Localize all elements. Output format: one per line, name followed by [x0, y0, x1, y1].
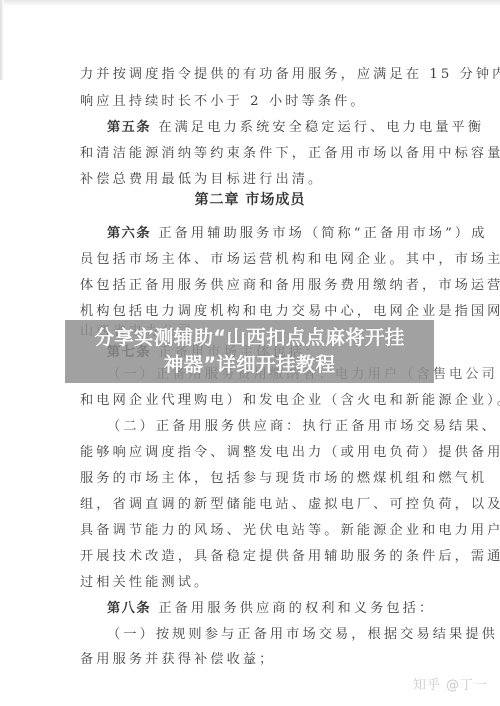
overlay-title-line-2: 神器”详细开挂教程 — [65, 351, 434, 378]
list-item: （一）按规则参与正备用市场交易，根据交易结果提供 — [107, 625, 428, 645]
text-line: 补偿总费用最低为目标进行出清。 — [80, 170, 428, 190]
text-line: 力并按调度指令提供的有功备用服务，应满足在 15 分钟内 — [80, 65, 428, 85]
article-5: 第五条 在满足电力系统安全稳定运行、电力电量平衡 — [107, 118, 428, 138]
text-line: 能够响应调度指令、调整发电出力（或用电负荷）提供备用 — [80, 443, 428, 463]
text-line: 具备调节能力的风场、光伏电站等。新能源企业和电力用户 — [80, 521, 428, 541]
list-item: （二）正备用服务供应商：执行正备用市场交易结果、 — [107, 417, 428, 437]
text-line: 服务的市场主体，包括参与现货市场的燃煤机组和燃气机 — [80, 469, 428, 489]
text-line: 响应且持续时长不小于 2 小时等条件。 — [80, 92, 428, 112]
chapter-title: 第二章 市场成员 — [0, 189, 500, 209]
article-label: 第五条 — [107, 120, 151, 135]
text-line: 开展技术改造，具备稳定提供备用辅助服务的条件后，需通 — [80, 547, 428, 567]
article-text: 正备用服务供应商的权利和义务包括： — [158, 601, 435, 616]
text-line: 组，省调直调的新型储能电站、虚拟电厂、可控负荷，以及 — [80, 495, 428, 515]
text-line: 机构包括电力调度机构和电力交易中心，电网企业是指国网 — [80, 302, 428, 322]
text-line: 和清洁能源消纳等约束条件下，正备用市场以备用中标容量 — [80, 144, 428, 164]
watermark: 知乎 @丁一 — [413, 674, 488, 693]
article-text: 正备用辅助服务市场（简称“正备用市场”）成 — [158, 226, 487, 241]
text-line: 员包括市场主体、市场运营机构和电网企业。其中，市场主 — [80, 250, 428, 270]
overlay-title-line-1: 分享实测辅助“山西扣点点麻将开挂 — [65, 324, 434, 351]
article-6: 第六条 正备用辅助服务市场（简称“正备用市场”）成 — [107, 224, 428, 244]
text-line: 体包括正备用服务供应商和备用服务费用缴纳者，市场运营 — [80, 276, 428, 296]
text-line: 过相关性能测试。 — [80, 573, 428, 593]
article-label: 第六条 — [107, 226, 151, 241]
page-number: 2 — [247, 657, 253, 667]
article-8: 第八条 正备用服务供应商的权利和义务包括： — [107, 599, 428, 619]
overlay-title: 分享实测辅助“山西扣点点麻将开挂 神器”详细开挂教程 — [65, 324, 434, 378]
article-label: 第八条 — [107, 601, 151, 616]
text-line: 备用服务并获得补偿收益； — [80, 650, 428, 670]
text-line: 和电网企业代理购电）和发电企业（含火电和新能源企业）。 — [80, 391, 428, 411]
article-text: 在满足电力系统安全稳定运行、电力电量平衡 — [158, 120, 484, 135]
